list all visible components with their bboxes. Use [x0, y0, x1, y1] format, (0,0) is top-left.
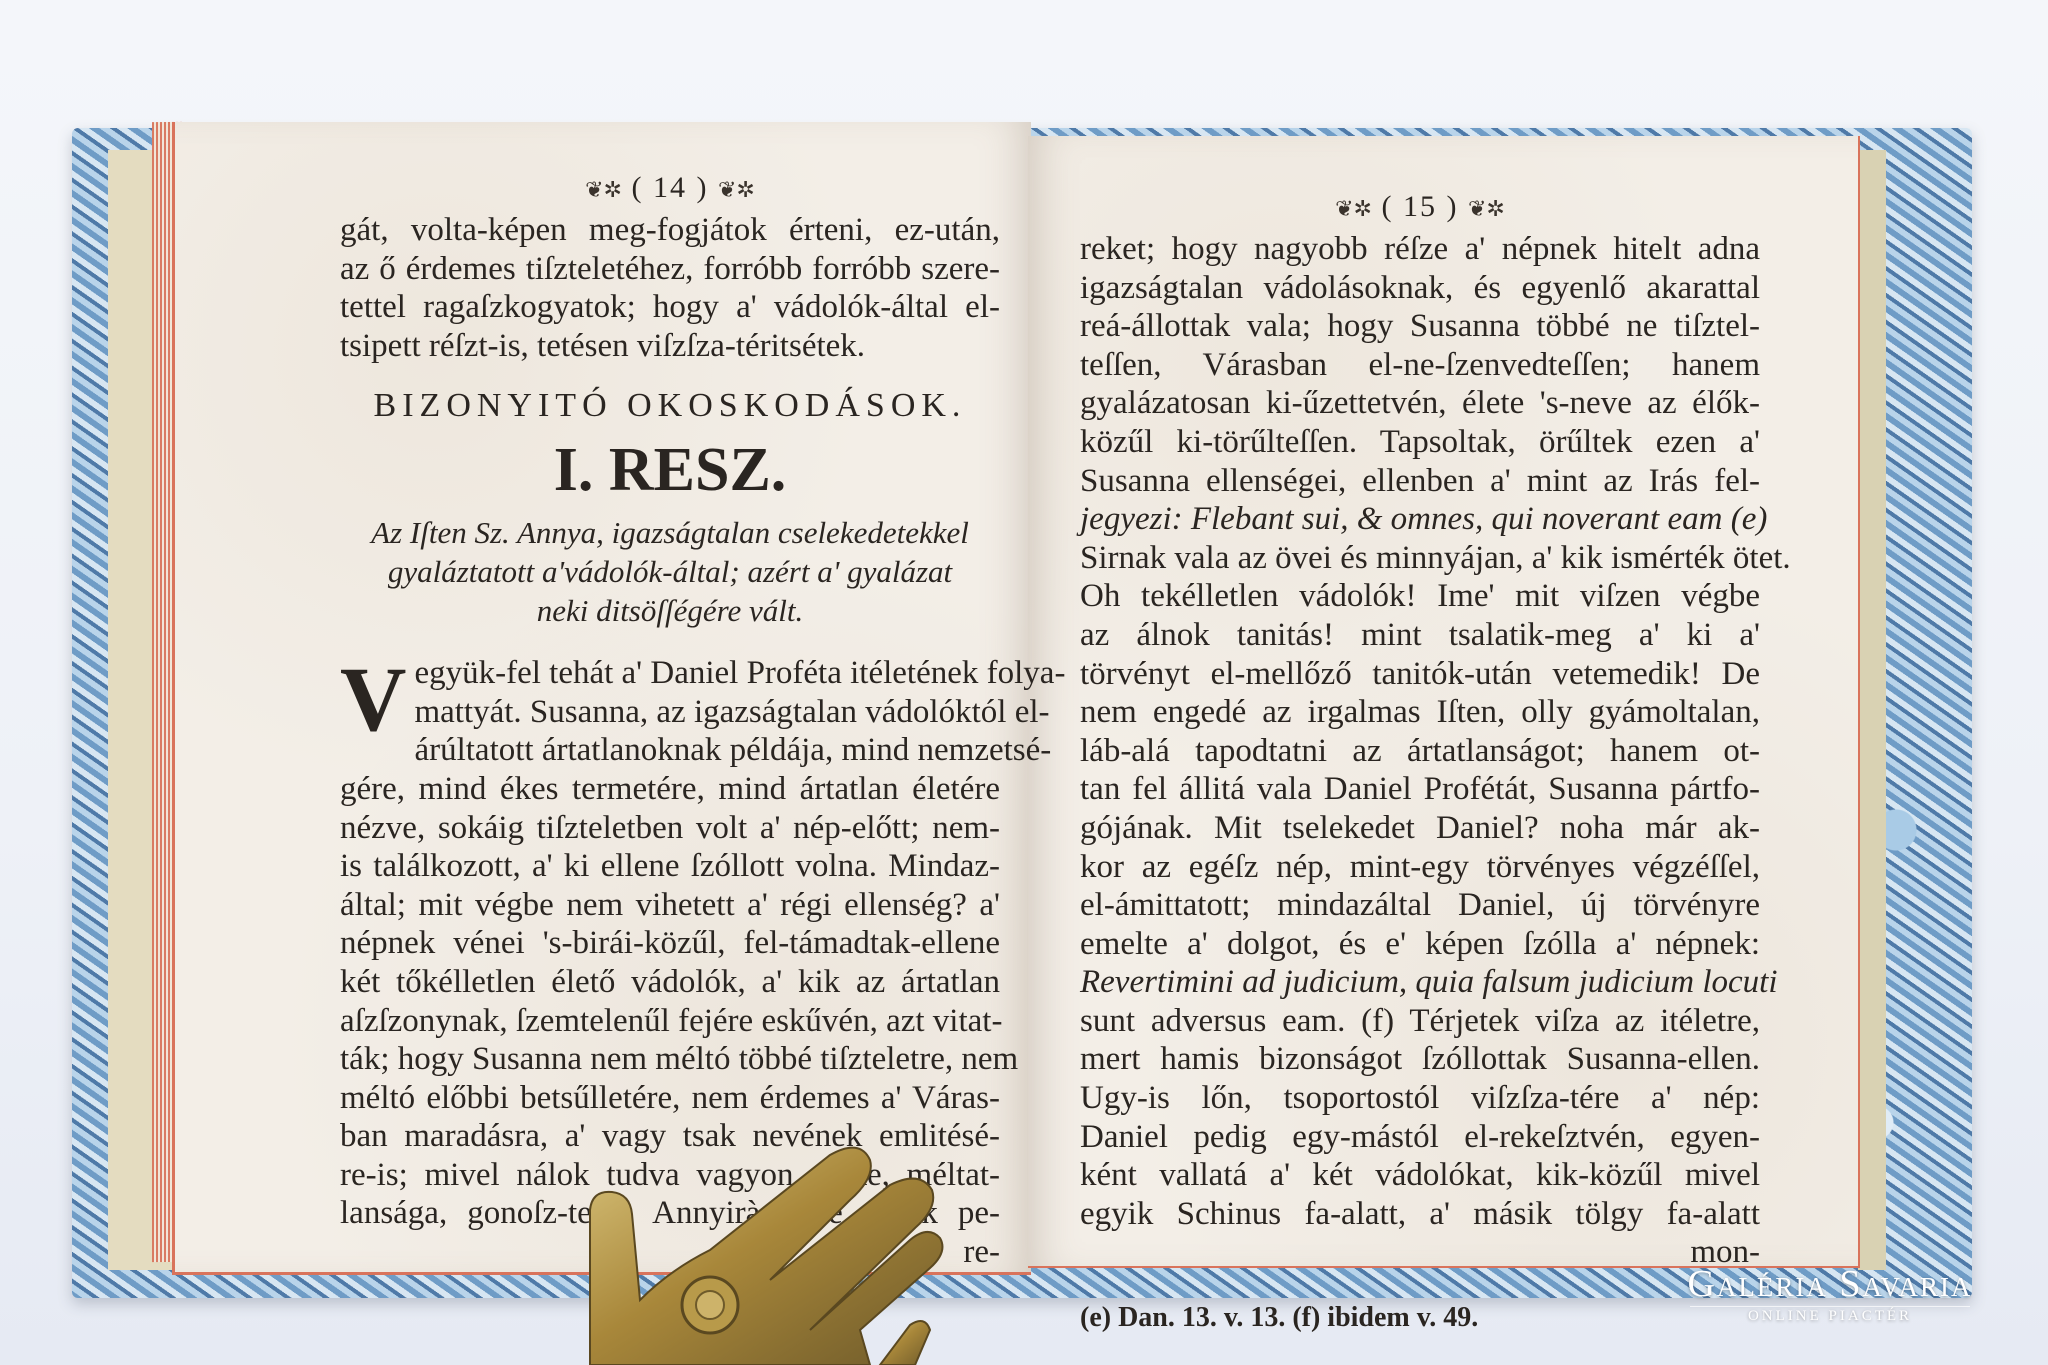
text-line: közűl ki-törűlteſſen. Tapsoltak, örűltek… — [1080, 423, 1760, 462]
left-page-text: ❦✲ ( 14 ) ❦✲ gát, volta-képen meg-fogját… — [340, 145, 1000, 1272]
brass-hand-icon — [560, 1130, 1040, 1365]
text-line: sunt adversus eam. (f) Térjetek viſza az… — [1080, 1002, 1760, 1041]
watermark-title: Galéria Savaria — [1660, 1262, 2000, 1306]
text-line: gére, mind ékes termetére, mind ártatlan… — [340, 770, 1000, 809]
text-line: törvényt el-mellőző tanitók-után vetemed… — [1080, 655, 1760, 694]
text-line: gyalázatosan ki-űzettetvén, élete 's-nev… — [1080, 384, 1760, 423]
text-line: el-ámittatott; mindazáltal Daniel, új tö… — [1080, 886, 1760, 925]
text-line: igazságtalan vádolásoknak, és egyenlő ak… — [1080, 269, 1760, 308]
text-line: méltó előbbi betsűlletére, nem érdemes a… — [340, 1079, 1000, 1118]
text-line: az ő érdemes tiſzteletéhez, forróbb forr… — [340, 250, 1000, 289]
endpaper-right — [1858, 150, 1886, 1270]
text-line: árúltatott ártatlanoknak példája, mind n… — [340, 731, 1000, 770]
text-line: Ugy-is lőn, tsoportostól viſzſza-tére a'… — [1080, 1079, 1760, 1118]
text-line: teſſen, Várasban el-ne-ſzenvedteſſen; ha… — [1080, 346, 1760, 385]
text-line: reá-állottak vala; hogy Susanna többé ne… — [1080, 307, 1760, 346]
text-line: mattyát. Susanna, az igazságtalan vádoló… — [340, 693, 1000, 732]
text-line: láb-alá tapodtatni az ártatlanságot; han… — [1080, 732, 1760, 771]
text-line: tan fel állitá vala Daniel Profétát, Sus… — [1080, 770, 1760, 809]
ornament-icon: ❦✲ — [1335, 196, 1372, 221]
continuation-text: gát, volta-képen meg-fogjátok érteni, ez… — [340, 211, 1000, 365]
text-line: reket; hogy nagyobb réſze a' népnek hite… — [1080, 230, 1760, 269]
text-line: két tőkélletlen élető vádolók, a' kik az… — [340, 963, 1000, 1002]
text-line: ták; hogy Susanna nem méltó többé tiſzte… — [340, 1040, 1000, 1079]
part-summary: Az Iſten Sz. Annya, igazságtalan cseleke… — [340, 514, 1000, 630]
text-line: népnek vénei 's-birái-közűl, fel-támadta… — [340, 924, 1000, 963]
text-line: emelte a' dolgot, és e' képen ſzólla a' … — [1080, 925, 1760, 964]
text-line: Susanna ellenségei, ellenben a' mint az … — [1080, 462, 1760, 501]
ornament-icon: ❦✲ — [718, 177, 755, 202]
page-number: ( 15 ) — [1382, 190, 1459, 223]
part-heading: I. RESZ. — [340, 435, 1000, 506]
ornament-icon: ❦✲ — [1468, 196, 1505, 221]
text-line: által; mit végbe nem vihetett a' régi el… — [340, 886, 1000, 925]
drop-cap: V — [340, 660, 406, 738]
catchword: mon- — [1080, 1233, 1760, 1272]
summary-line: Az Iſten Sz. Annya, igazságtalan cseleke… — [340, 514, 1000, 553]
page-number: ( 14 ) — [632, 171, 709, 204]
text-line: kor az egéſz nép, mint-egy törvényes vég… — [1080, 848, 1760, 887]
text-line: együk-fel tehát a' Daniel Proféta itélet… — [340, 654, 1000, 693]
text-line: tsipett réſzt-is, tetésen viſzſza-térits… — [340, 327, 1000, 366]
text-line: egyik Schinus fa-alatt, a' másik tölgy f… — [1080, 1195, 1760, 1234]
ornament-icon: ❦✲ — [585, 177, 622, 202]
text-line: jegyezi: Flebant sui, & omnes, qui nover… — [1080, 500, 1760, 539]
summary-line: gyaláztatott a'vádolók-által; azért a' g… — [340, 553, 1000, 592]
book-photo-scene: ❦✲ ( 14 ) ❦✲ gát, volta-képen meg-fogját… — [0, 0, 2048, 1365]
text-line: tettel ragaſzkogyatok; hogy a' vádolók-á… — [340, 288, 1000, 327]
text-line: Sirnak vala az övei és minnyájan, a' kik… — [1080, 539, 1760, 578]
watermark-subtitle: ONLINE PIACTÉR — [1690, 1306, 1970, 1325]
text-line: nézve, sokáig tiſzteletben volt a' nép-e… — [340, 809, 1000, 848]
summary-line: neki ditsöſſégére vált. — [340, 592, 1000, 631]
text-line: nem engedé az irgalmas Iſten, olly gyámo… — [1080, 693, 1760, 732]
right-page-text: ❦✲ ( 15 ) ❦✲ reket; hogy nagyobb réſze a… — [1080, 190, 1760, 1334]
text-line: Daniel pedig egy-mástól el-rekeſztvén, e… — [1080, 1118, 1760, 1157]
text-line: ként vallatá a' két vádolókat, kik-közűl… — [1080, 1156, 1760, 1195]
watermark: Galéria Savaria ONLINE PIACTÉR — [1660, 1262, 2000, 1325]
text-line: is találkozott, a' ki ellene ſzóllott vo… — [340, 847, 1000, 886]
left-folio: ❦✲ ( 14 ) ❦✲ — [340, 171, 1000, 205]
right-folio: ❦✲ ( 15 ) ❦✲ — [1080, 190, 1760, 224]
text-line: gát, volta-képen meg-fogjátok érteni, ez… — [340, 211, 1000, 250]
text-line: gójának. Mit tselekedet Daniel? noha már… — [1080, 809, 1760, 848]
footnotes: (e) Dan. 13. v. 13. (f) ibidem v. 49. — [1080, 1302, 1760, 1334]
text-line: Revertimini ad judicium, quia falsum jud… — [1080, 963, 1760, 1002]
text-line: az álnok tanitás! mint tsalatik-meg a' k… — [1080, 616, 1760, 655]
section-heading: BIZONYITÓ OKOSKODÁSOK. — [340, 387, 1000, 425]
body-text: reket; hogy nagyobb réſze a' népnek hite… — [1080, 230, 1760, 1272]
text-line: Oh tekélletlen vádolók! Ime' mit viſzen … — [1080, 577, 1760, 616]
text-line: mert hamis bizonságot ſzóllottak Susanna… — [1080, 1040, 1760, 1079]
text-line: aſzſzonynak, ſzemtelenűl fejére eskűvén,… — [340, 1002, 1000, 1041]
